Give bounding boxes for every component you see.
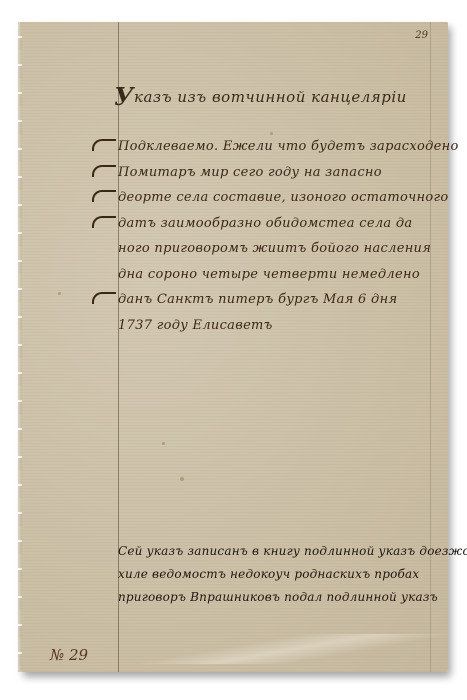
note-line: хиле ведомостъ недокоуч роднаскихъ проба… [118, 563, 438, 586]
flourish-icon [92, 292, 116, 304]
decree-heading: Указъ изъ вотчинной канцеляріи [114, 82, 407, 111]
body-line: Подклеваемо. Ежели что будетъ зарасходен… [92, 134, 432, 160]
flourish-icon [92, 139, 116, 151]
flourish-icon [92, 216, 116, 228]
archive-number: № 29 [50, 646, 88, 664]
paper-fold-highlight [90, 634, 448, 664]
note-line: приговоръ Впрашниковъ подал подлинной ук… [118, 586, 438, 609]
body-line: 1737 году Елисаветъ [92, 313, 432, 339]
body-line: дна сороно четыре четверти немедлено [92, 262, 432, 288]
body-line: деорте села составие, изоного остаточног… [92, 185, 432, 211]
body-line: ного приговоромъ жиитъ бойого насления [92, 236, 432, 262]
flourish-icon [92, 165, 116, 177]
manuscript-page: 29 Указъ изъ вотчинной канцеляріи Подкле… [20, 22, 448, 672]
body-line: данъ Санктъ питеръ бургъ Мая 6 дня [92, 287, 432, 313]
body-line: Помитаръ мир сего году на запасно [92, 160, 432, 186]
note-line: Сей указъ записанъ в книгу подлинной ука… [118, 540, 438, 563]
foxing-spot [180, 477, 184, 481]
heading-text: казъ изъ вотчинной канцеляріи [134, 88, 407, 106]
decree-body: Подклеваемо. Ежели что будетъ зарасходен… [92, 134, 432, 338]
heading-initial: У [114, 82, 134, 111]
foxing-spot [162, 442, 165, 445]
flourish-icon [92, 190, 116, 202]
body-line: датъ заимообразно обидомстеа села да [92, 211, 432, 237]
registration-note: Сей указъ записанъ в книгу подлинной ука… [118, 540, 438, 609]
folio-number: 29 [415, 30, 428, 41]
ink-stain [58, 292, 61, 295]
